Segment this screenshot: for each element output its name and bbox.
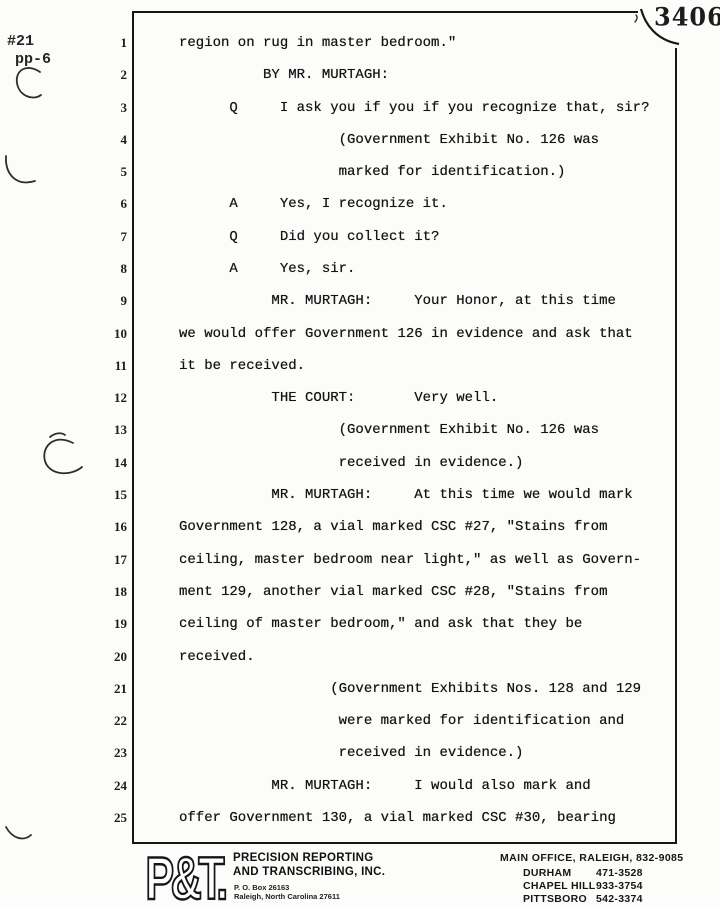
transcript-line: 6 A Yes, I recognize it. [0,188,690,220]
branch-phone: 471-3528 [596,867,643,880]
line-number: 11 [0,358,127,374]
transcript-line: 18ment 129, another vial marked CSC #28,… [0,576,690,608]
transcript-line: 14 received in evidence.) [0,447,690,479]
transcript-line: 3 Q I ask you if you if you recognize th… [0,92,690,124]
line-text: MR. MURTAGH: I would also mark and [179,778,591,794]
line-number: 16 [0,519,127,535]
transcript-line: 11it be received. [0,350,690,382]
branch-office-row: PITTSBORO542-3374 [523,893,643,906]
line-number: 1 [0,35,127,51]
company-name: PRECISION REPORTING AND TRANSCRIBING, IN… [233,851,385,879]
line-text: offer Government 130, a vial marked CSC … [179,810,616,826]
line-text: ment 129, another vial marked CSC #28, "… [179,584,607,600]
line-text: it be received. [179,358,305,374]
transcript-line: 13 (Government Exhibit No. 126 was [0,414,690,446]
line-text: marked for identification.) [179,164,565,180]
line-text: (Government Exhibits Nos. 128 and 129 [179,681,641,697]
branch-phone: 933-3754 [596,880,643,893]
line-number: 3 [0,100,127,116]
address-line2: Raleigh, North Carolina 27611 [234,892,340,901]
transcript-line: 24 MR. MURTAGH: I would also mark and [0,770,690,802]
transcript-line: 9 MR. MURTAGH: Your Honor, at this time [0,285,690,317]
transcript-line: 4 (Government Exhibit No. 126 was [0,124,690,156]
logo-text: P&T. [145,846,225,907]
transcript-line: 12 THE COURT: Very well. [0,382,690,414]
transcript-line: 22 were marked for identification and [0,705,690,737]
line-number: 4 [0,132,127,148]
line-text: region on rug in master bedroom." [179,35,456,51]
transcript-line: 8 A Yes, sir. [0,253,690,285]
transcript-line: 10we would offer Government 126 in evide… [0,318,690,350]
transcript-line: 20received. [0,641,690,673]
transcript-line: 21 (Government Exhibits Nos. 128 and 129 [0,673,690,705]
transcript-line: 15 MR. MURTAGH: At this time we would ma… [0,479,690,511]
line-number: 15 [0,487,127,503]
line-text: A Yes, I recognize it. [179,196,448,212]
company-name-line1: PRECISION REPORTING [233,851,385,865]
branch-office-row: CHAPEL HILL933-3754 [523,880,643,893]
transcript-line: 1region on rug in master bedroom." [0,27,690,59]
line-text: (Government Exhibit No. 126 was [179,422,599,438]
line-number: 18 [0,584,127,600]
line-number: 21 [0,681,127,697]
transcript-line: 17ceiling, master bedroom near light," a… [0,544,690,576]
line-number: 2 [0,67,127,83]
line-number: 13 [0,422,127,438]
line-number: 8 [0,261,127,277]
line-text: received in evidence.) [179,455,523,471]
transcript-line: 2 BY MR. MURTAGH: [0,59,690,91]
line-number: 9 [0,293,127,309]
line-text: Government 128, a vial marked CSC #27, "… [179,519,607,535]
main-office-phone: MAIN OFFICE, RALEIGH, 832-9085 [500,852,684,864]
line-number: 17 [0,552,127,568]
line-number: 7 [0,229,127,245]
address-line1: P. O. Box 26163 [234,883,340,892]
line-number: 23 [0,745,127,761]
transcript-page: 3406 #21 pp-6 1region on rug in master b… [0,0,720,907]
branch-city: PITTSBORO [523,893,596,906]
transcript-line: 16Government 128, a vial marked CSC #27,… [0,511,690,543]
transcript-line: 25offer Government 130, a vial marked CS… [0,802,690,834]
line-text: (Government Exhibit No. 126 was [179,132,599,148]
line-number: 19 [0,616,127,632]
line-number: 6 [0,196,127,212]
line-text: Q I ask you if you if you recognize that… [179,100,649,116]
branch-office-row: DURHAM471-3528 [523,867,643,880]
line-number: 14 [0,455,127,471]
line-text: MR. MURTAGH: At this time we would mark [179,487,633,503]
transcript-lines: 1region on rug in master bedroom."2 BY M… [0,0,720,860]
branch-city: DURHAM [523,867,596,880]
line-number: 10 [0,326,127,342]
line-text: MR. MURTAGH: Your Honor, at this time [179,293,616,309]
line-text: received in evidence.) [179,745,523,761]
line-text: received. [179,649,255,665]
transcript-line: 23 received in evidence.) [0,737,690,769]
transcript-line: 7 Q Did you collect it? [0,221,690,253]
branch-phone: 542-3374 [596,893,643,906]
line-text: ceiling, master bedroom near light," as … [179,552,641,568]
line-number: 12 [0,390,127,406]
branch-city: CHAPEL HILL [523,880,596,893]
line-text: we would offer Government 126 in evidenc… [179,326,633,342]
line-number: 20 [0,649,127,665]
line-text: A Yes, sir. [179,261,355,277]
line-number: 5 [0,164,127,180]
line-text: were marked for identification and [179,713,624,729]
line-text: THE COURT: Very well. [179,390,498,406]
branch-offices: DURHAM471-3528CHAPEL HILL933-3754PITTSBO… [523,867,643,906]
line-number: 22 [0,713,127,729]
pt-company-logo: P&T. [144,845,232,907]
line-text: BY MR. MURTAGH: [179,67,389,83]
company-address: P. O. Box 26163 Raleigh, North Carolina … [234,883,340,901]
company-name-line2: AND TRANSCRIBING, INC. [233,865,385,879]
line-number: 25 [0,810,127,826]
line-text: ceiling of master bedroom," and ask that… [179,616,582,632]
line-number: 24 [0,778,127,794]
transcript-line: 5 marked for identification.) [0,156,690,188]
page-number-stamp: 3406 [654,1,720,32]
transcript-line: 19ceiling of master bedroom," and ask th… [0,608,690,640]
line-text: Q Did you collect it? [179,229,439,245]
